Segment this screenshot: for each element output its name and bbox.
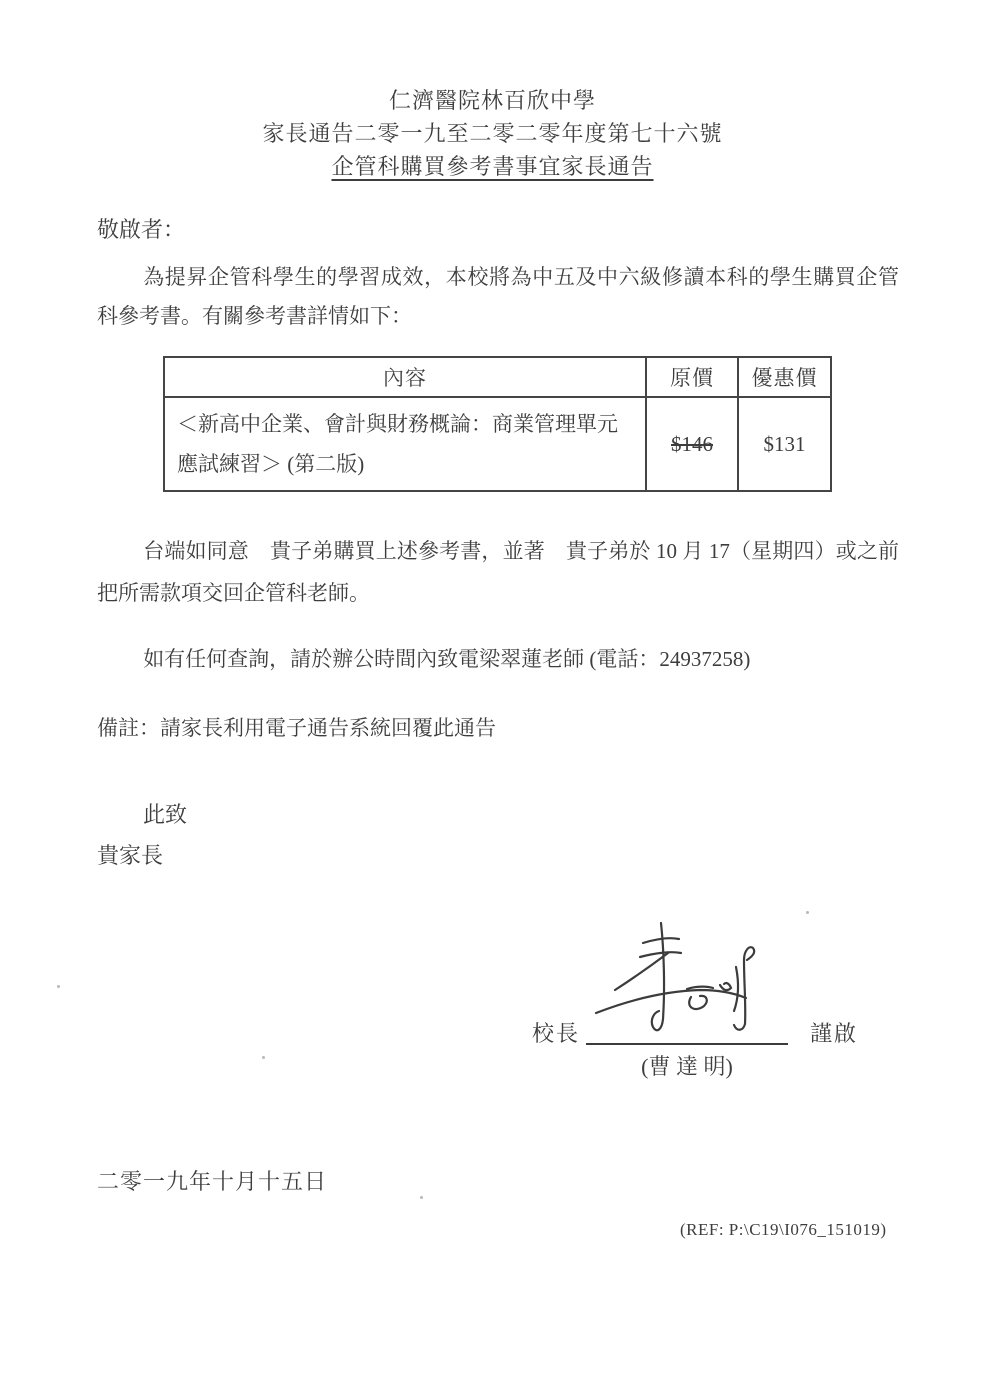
signature-stroke (689, 996, 707, 1009)
closing-recipient: 貴家長 (97, 839, 163, 870)
signature-stroke (643, 938, 679, 943)
school-name: 仁濟醫院林百欣中學 (0, 84, 985, 117)
notice-subject-line: 企管科購買參考書事宜家長通告 (0, 150, 985, 183)
closing-this-to: 此致 (143, 798, 187, 829)
scan-speck (420, 1196, 423, 1199)
enquiry-paragraph: 如有任何查詢，請於辦公時間內致電梁翠蓮老師 (電話：24937258) (97, 640, 917, 679)
signature-stroke (615, 953, 668, 990)
remark-note: 備註：請家長利用電子通告系統回覆此通告 (97, 712, 496, 742)
notice-header: 仁濟醫院林百欣中學 家長通告二零一九至二零二零年度第七十六號 企管科購買參考書事… (0, 84, 985, 183)
notice-number-line: 家長通告二零一九至二零二零年度第七十六號 (0, 117, 985, 150)
payment-paragraph: 台端如同意 貴子弟購買上述參考書，並著 貴子弟於 10 月 17（星期四）或之前… (97, 530, 899, 614)
signature-stroke (596, 990, 746, 1013)
signature-stroke (720, 983, 731, 990)
scan-speck (57, 985, 60, 988)
original-price-cell: $146 (646, 397, 738, 491)
scan-speck (262, 1056, 265, 1059)
notice-date: 二零一九年十月十五日 (97, 1165, 327, 1196)
principal-signature-image (560, 893, 840, 1053)
respectfully-label: 謹啟 (810, 1017, 858, 1048)
table-header-content: 內容 (164, 357, 646, 397)
signature-stroke (640, 952, 681, 957)
principal-name: (曹 達 明) (586, 1050, 788, 1081)
table-header-discount-price: 優惠價 (738, 357, 831, 397)
book-price-table: 內容 原價 優惠價 ＜新高中企業、會計與財務概論：商業管理單元應試練習＞ (第二… (163, 356, 832, 492)
table-header-row: 內容 原價 優惠價 (164, 357, 831, 397)
discount-price-cell: $131 (738, 397, 831, 491)
signature-stroke (734, 967, 738, 1011)
signature-stroke (687, 987, 713, 989)
intro-paragraph: 為提昇企管科學生的學習成效，本校將為中五及中六級修讀本科的學生購買企管科參考書。… (97, 258, 899, 336)
original-price-value: $146 (671, 432, 713, 456)
reference-number: (REF: P:\C19\I076_151019) (680, 1220, 887, 1240)
table-row: ＜新高中企業、會計與財務概論：商業管理單元應試練習＞ (第二版) $146 $1… (164, 397, 831, 491)
principal-label: 校長 (532, 1017, 580, 1048)
signature-line (586, 1043, 788, 1045)
table-header-original-price: 原價 (646, 357, 738, 397)
book-title-cell: ＜新高中企業、會計與財務概論：商業管理單元應試練習＞ (第二版) (164, 397, 646, 491)
notice-document-page: 仁濟醫院林百欣中學 家長通告二零一九至二零二零年度第七十六號 企管科購買參考書事… (0, 0, 985, 1394)
scan-speck (806, 911, 809, 914)
salutation: 敬啟者： (97, 213, 185, 244)
